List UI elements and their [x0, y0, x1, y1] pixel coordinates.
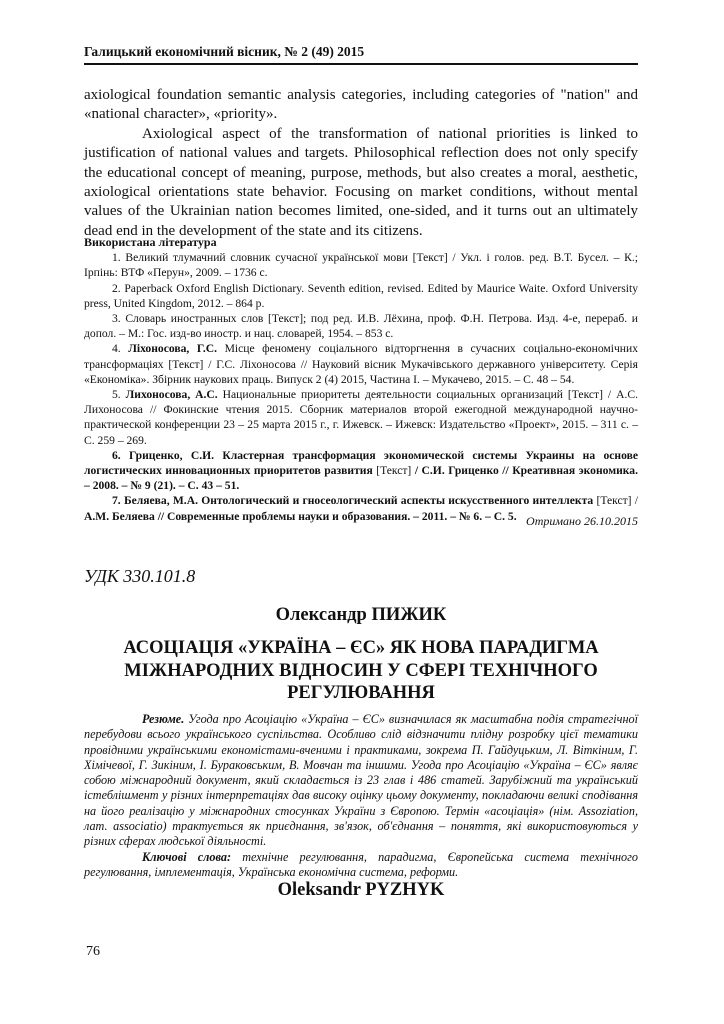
- reference-number: 6.: [112, 449, 121, 462]
- body-paragraph: axiological foundation semantic analysis…: [84, 86, 638, 125]
- reference-text-type: [Текст] /: [596, 494, 638, 507]
- reference-text: Словарь иностранных слов [Текст]; под ре…: [84, 312, 638, 340]
- reference-item: 2. Paperback Oxford English Dictionary. …: [84, 281, 638, 311]
- reference-text: Paperback Oxford English Dictionary. Sev…: [84, 282, 638, 310]
- reference-number: 2.: [112, 282, 121, 295]
- reference-number: 5.: [112, 388, 121, 401]
- references-list: 1. Великий тлумачний словник сучасної ук…: [84, 250, 638, 524]
- keywords-paragraph: Ключові слова: технічне регулювання, пар…: [84, 850, 638, 881]
- reference-item: 1. Великий тлумачний словник сучасної ук…: [84, 250, 638, 280]
- body-text: axiological foundation semantic analysis…: [84, 86, 638, 241]
- reference-number: 7.: [112, 494, 121, 507]
- article-title: АСОЦІАЦІЯ «УКРАЇНА – ЄС» ЯК НОВА ПАРАДИГ…: [84, 637, 638, 705]
- abstract-paragraph: Резюме. Угода про Асоціацію «Україна – Є…: [84, 712, 638, 850]
- author-name-en: Oleksandr PYZHYK: [84, 880, 638, 901]
- reference-number: 1.: [112, 251, 121, 264]
- author-name-ua: Олександр ПИЖИК: [84, 605, 638, 626]
- reference-item: 3. Словарь иностранных слов [Текст]; под…: [84, 311, 638, 341]
- running-header: Галицький економічний вісник, № 2 (49) 2…: [84, 44, 638, 65]
- title-line: АСОЦІАЦІЯ «УКРАЇНА – ЄС» ЯК НОВА ПАРАДИГ…: [84, 637, 638, 660]
- reference-item: 6. Гриценко, С.И. Кластерная трансформац…: [84, 448, 638, 494]
- reference-author: Ліхоносова, Г.С.: [128, 342, 217, 355]
- keywords-label: Ключові слова:: [142, 850, 231, 864]
- reference-item: 5. Лихоносова, А.С. Национальные приорит…: [84, 387, 638, 448]
- title-line: РЕГУЛЮВАННЯ: [84, 682, 638, 705]
- abstract-label: Резюме.: [142, 712, 184, 726]
- reference-number: 4.: [112, 342, 121, 355]
- reference-text: Великий тлумачний словник сучасної украї…: [84, 251, 638, 279]
- reference-text-type: [Текст]: [376, 464, 411, 477]
- references-title: Використана література: [84, 235, 638, 250]
- abstract-text: Угода про Асоціацію «Україна – ЄС» визна…: [84, 712, 638, 848]
- references-section: Використана література 1. Великий тлумач…: [84, 235, 638, 524]
- received-date: Отримано 26.10.2015: [84, 514, 638, 529]
- reference-item: 4. Ліхоносова, Г.С. Місце феномену соціа…: [84, 341, 638, 387]
- reference-text-bold: Беляева, М.А. Онтологический и гносеолог…: [124, 494, 593, 507]
- body-paragraph: Axiological aspect of the transformation…: [84, 125, 638, 241]
- reference-author: Лихоносова, А.С.: [126, 388, 218, 401]
- udk-code: УДК 330.101.8: [84, 566, 195, 587]
- page-number: 76: [86, 944, 100, 960]
- abstract-section: Резюме. Угода про Асоціацію «Україна – Є…: [84, 712, 638, 880]
- title-line: МІЖНАРОДНИХ ВІДНОСИН У СФЕРІ ТЕХНІЧНОГО: [84, 660, 638, 683]
- reference-number: 3.: [112, 312, 121, 325]
